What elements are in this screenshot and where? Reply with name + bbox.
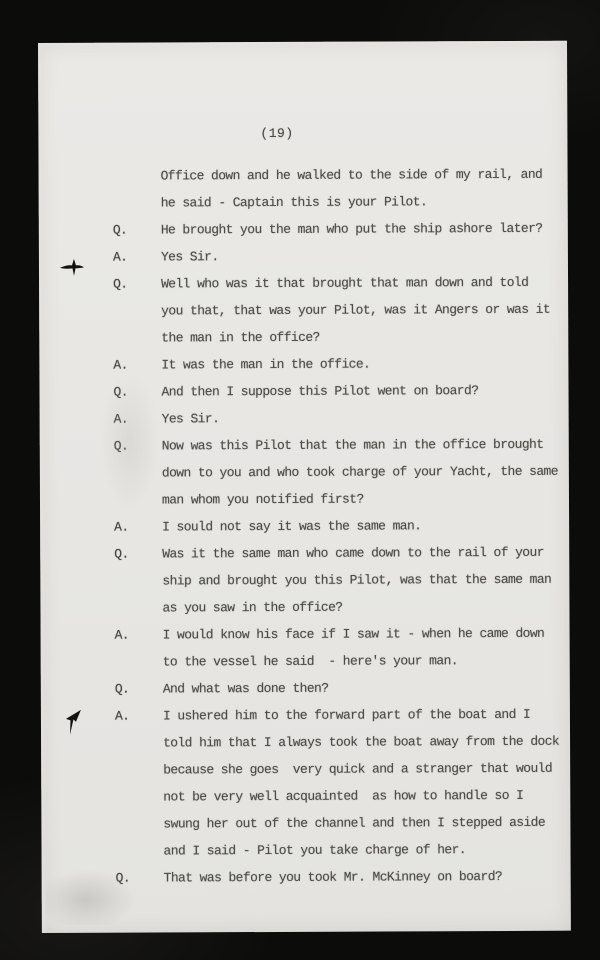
qa-entry: Q.That was before you took Mr. McKinney … bbox=[116, 863, 546, 892]
entry-lines: Yes Sir. bbox=[162, 404, 544, 433]
entry-lines: And then I suppose this Pilot went on bo… bbox=[161, 377, 543, 406]
transcript-line: you that, that was your Pilot, was it An… bbox=[161, 296, 550, 325]
entry-lines: It was the man in the office. bbox=[161, 350, 543, 379]
page-number: (19) bbox=[260, 41, 567, 146]
ink-mark-bottom bbox=[63, 707, 85, 737]
qa-entry: Q.Was it the same man who came down to t… bbox=[114, 539, 544, 622]
transcript-line: the man in the office? bbox=[161, 323, 550, 352]
transcript-line: because she goes very quick and a strang… bbox=[163, 755, 559, 784]
entry-lines: Was it the same man who came down to the… bbox=[162, 539, 551, 622]
transcript-line: He brought you the man who put the ship … bbox=[161, 215, 543, 244]
speaker-label: A. bbox=[113, 243, 161, 270]
ink-mark-top bbox=[59, 257, 85, 279]
qa-entry: Q.And then I suppose this Pilot went on … bbox=[113, 377, 543, 406]
transcript-line: down to you and who took charge of your … bbox=[162, 458, 558, 487]
transcript-line: That was before you took Mr. McKinney on… bbox=[164, 863, 546, 892]
transcript-line: Well who was it that brought that man do… bbox=[161, 269, 550, 298]
qa-entry: Q.Well who was it that brought that man … bbox=[113, 269, 543, 352]
transcript-line: Now was this Pilot that the man in the o… bbox=[162, 431, 558, 460]
speaker-label: Q. bbox=[114, 540, 162, 621]
transcript-line: Was it the same man who came down to the… bbox=[162, 539, 551, 568]
entry-lines: Well who was it that brought that man do… bbox=[161, 269, 550, 352]
qa-entry: Office down and he walked to the side of… bbox=[113, 161, 543, 217]
transcript-line: told him that I always took the boat awa… bbox=[163, 728, 559, 757]
speaker-label: Q. bbox=[115, 675, 163, 702]
transcript-line: It was the man in the office. bbox=[161, 350, 543, 379]
entry-lines: I would know his face if I saw it - when… bbox=[163, 620, 545, 676]
qa-entry: Q.And what was done then? bbox=[115, 674, 545, 703]
speaker-label: A. bbox=[115, 621, 163, 675]
qa-entry: A.I would know his face if I saw it - wh… bbox=[115, 620, 545, 676]
entry-lines: Now was this Pilot that the man in the o… bbox=[162, 431, 558, 514]
transcript-line: and I said - Pilot you take charge of he… bbox=[163, 836, 559, 865]
entry-lines: That was before you took Mr. McKinney on… bbox=[164, 863, 546, 892]
entry-lines: Yes Sir. bbox=[161, 242, 543, 271]
entry-lines: I sould not say it was the same man. bbox=[162, 512, 544, 541]
transcript-line: Yes Sir. bbox=[161, 242, 543, 271]
transcript-line: ship and brought you this Pilot, was tha… bbox=[162, 566, 551, 595]
entry-lines: Office down and he walked to the side of… bbox=[161, 161, 543, 217]
qa-entry: A.Yes Sir. bbox=[114, 404, 544, 433]
speaker-label bbox=[113, 162, 161, 216]
entry-lines: And what was done then? bbox=[163, 674, 545, 703]
qa-entry: A.I sould not say it was the same man. bbox=[114, 512, 544, 541]
transcript-line: I sould not say it was the same man. bbox=[162, 512, 544, 541]
smudge-stain bbox=[46, 870, 136, 925]
transcript-line: Yes Sir. bbox=[162, 404, 544, 433]
transcript-line: swung her out of the channel and then I … bbox=[163, 809, 559, 838]
speaker-label: Q. bbox=[113, 270, 161, 351]
transcript-line: And then I suppose this Pilot went on bo… bbox=[161, 377, 543, 406]
transcript-line: I ushered him to the forward part of the… bbox=[163, 701, 559, 730]
entry-lines: He brought you the man who put the ship … bbox=[161, 215, 543, 244]
transcript-line: I would know his face if I saw it - when… bbox=[163, 620, 545, 649]
qa-entry: Q.He brought you the man who put the shi… bbox=[113, 215, 543, 244]
transcript-line: he said - Captain this is your Pilot. bbox=[161, 188, 543, 217]
smudge-faint bbox=[99, 372, 160, 512]
qa-entry: A.I ushered him to the forward part of t… bbox=[115, 701, 546, 865]
qa-entry: A.Yes Sir. bbox=[113, 242, 543, 271]
transcript-line: to the vessel he said - here's your man. bbox=[163, 647, 545, 676]
entry-lines: I ushered him to the forward part of the… bbox=[163, 701, 560, 865]
transcript-line: And what was done then? bbox=[163, 674, 545, 703]
transcript-line: Office down and he walked to the side of… bbox=[161, 161, 543, 190]
scan-background: (19) Office down and he walked to the si… bbox=[0, 0, 600, 960]
transcript-line: man whom you notified first? bbox=[162, 485, 558, 514]
speaker-label: Q. bbox=[113, 216, 161, 243]
transcript-line: as you saw in the office? bbox=[162, 593, 551, 622]
speaker-label: A. bbox=[115, 702, 164, 864]
transcript: Office down and he walked to the side of… bbox=[38, 145, 570, 892]
transcript-line: not be very well acquainted as how to ha… bbox=[163, 782, 559, 811]
document-page: (19) Office down and he walked to the si… bbox=[38, 41, 571, 933]
qa-entry: Q.Now was this Pilot that the man in the… bbox=[114, 431, 544, 514]
qa-entry: A.It was the man in the office. bbox=[113, 350, 543, 379]
speaker-label: A. bbox=[114, 513, 162, 540]
